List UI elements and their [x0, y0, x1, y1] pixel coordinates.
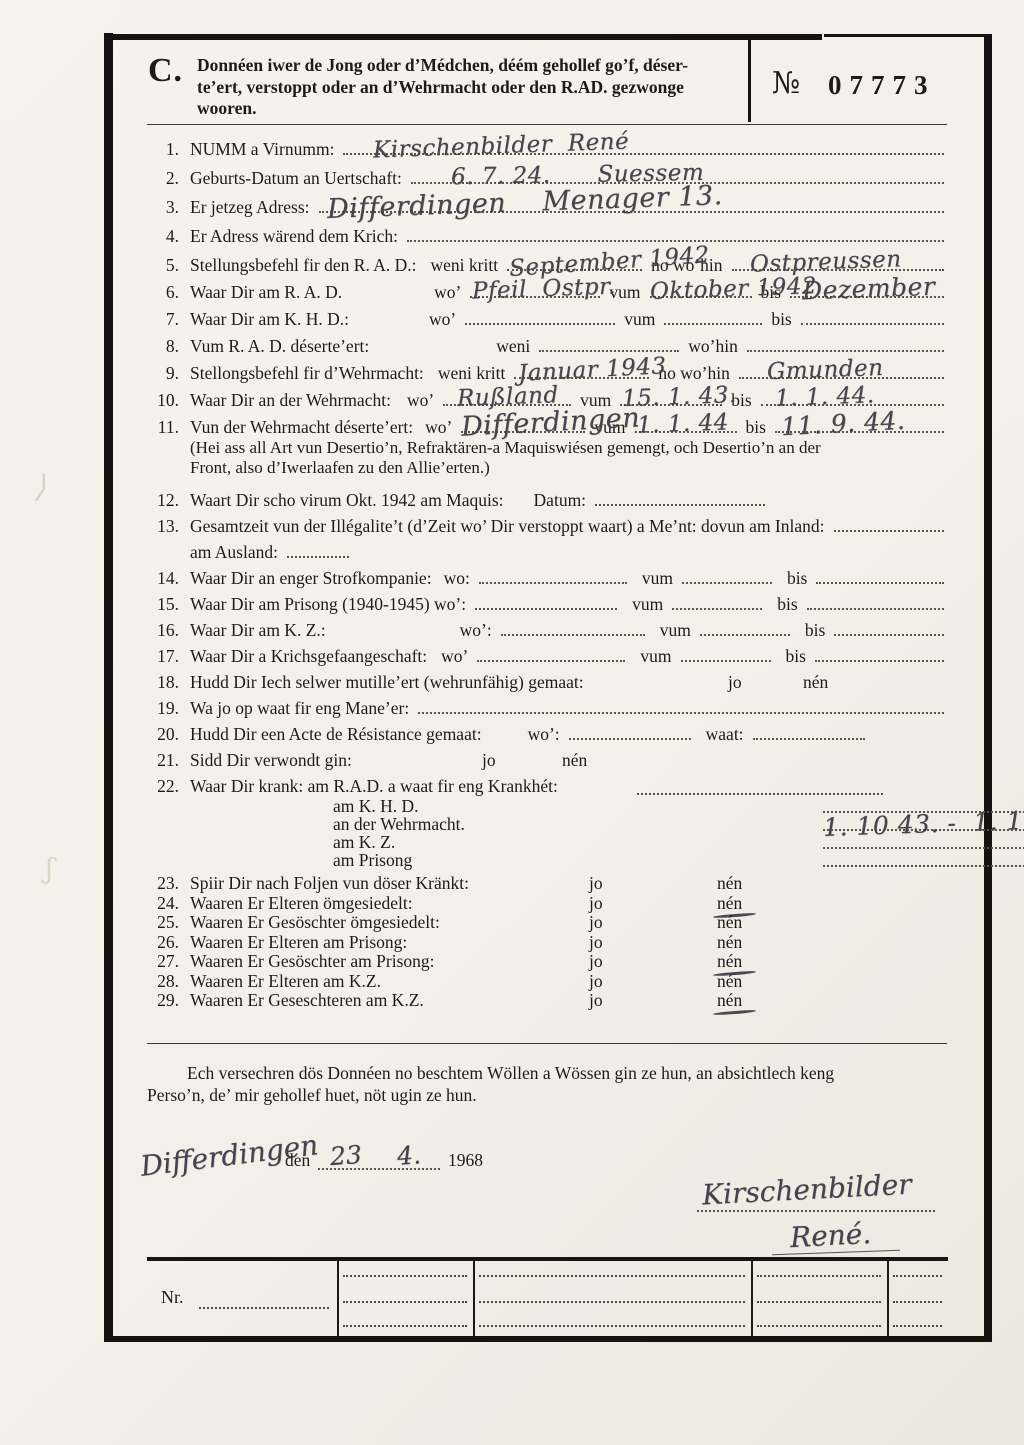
- document-number: 07773: [828, 70, 936, 101]
- item-label: Waaren Er Geseschteren am K.Z.: [190, 991, 424, 1010]
- form-title-line2: te’ert, verstoppt oder an d’Wehrmacht od…: [197, 77, 742, 99]
- spacer: [355, 324, 423, 325]
- dotted-line: September 1942: [507, 264, 642, 271]
- table-divider: [473, 1261, 475, 1336]
- inline-word: nén: [717, 933, 742, 952]
- item-number: 18.: [147, 672, 179, 693]
- table-cell-dotted-line: [757, 1275, 881, 1277]
- dotted-line: [418, 707, 944, 714]
- item-number: 27.: [147, 952, 179, 971]
- item-number: 6.: [147, 282, 179, 303]
- inline-word: nén: [717, 972, 742, 991]
- footer-rule: [147, 1043, 947, 1044]
- item-label: Waart Dir scho virum Okt. 1942 am Maquis…: [190, 490, 504, 511]
- form-item: 28.Waaren Er Elteren am K.Z.jonén: [147, 972, 947, 991]
- dotted-line: Differdingen Menager 13.: [319, 206, 944, 213]
- inline-word: Datum:: [534, 490, 587, 511]
- header-divider: [748, 40, 751, 122]
- form-item: 21.Sidd Dir verwondt gin:jonén: [147, 750, 947, 771]
- signature-firstname-handwritten: René.: [789, 1220, 872, 1252]
- table-cell-dotted-line: [893, 1275, 942, 1277]
- inline-word: nén: [562, 750, 587, 771]
- item-label: Waaren Er Elteren am K.Z.: [190, 972, 381, 991]
- inline-word: bis: [805, 620, 825, 641]
- inline-word: vum: [632, 594, 663, 615]
- form-item: 19.Wa jo op waat fir eng Mane’er:: [147, 698, 947, 719]
- item-label: NUMM a Virnumm:: [190, 139, 334, 160]
- item-label: Spiir Dir nach Foljen vun döser Kränkt:: [190, 874, 469, 893]
- inline-word: bis: [786, 646, 806, 667]
- form-item: 12.Waart Dir scho virum Okt. 1942 am Maq…: [147, 490, 947, 511]
- item-number: 10.: [147, 390, 179, 411]
- pencil-mark-icon: ⟩: [31, 467, 53, 507]
- form-item: 5.Stellungsbefehl fir den R. A. D.:weni …: [147, 255, 947, 276]
- item-number: 11.: [147, 417, 179, 438]
- inline-word: nén: [717, 913, 742, 932]
- dotted-line: [834, 525, 945, 532]
- dotted-line: Kirschenbilder René: [343, 148, 944, 155]
- inline-word: nén: [803, 672, 828, 693]
- declaration-line1: Ech versechren dös Donnéen no beschtem W…: [147, 1062, 947, 1084]
- form-item: 6.Waar Dir am R. A. D.wo’Pfeil Ostpr.vum…: [147, 282, 947, 303]
- handwritten-entry: 11. 9. 44.: [780, 408, 905, 439]
- inline-word: wo’: [407, 390, 434, 411]
- item-label: Vun der Wehrmacht déserte’ert:: [190, 417, 413, 438]
- table-cell-dotted-line: [343, 1275, 467, 1277]
- item-subrow: an der Wehrmacht.1. 10 43. - 1. 1. 44. R…: [333, 815, 947, 833]
- item-label: Waar Dir am Prisong (1940-1945) wo’:: [190, 594, 466, 615]
- date-month-handwritten: 4.: [396, 1142, 422, 1169]
- handwritten-entry: Gmunden: [766, 357, 883, 384]
- dotted-line: 11. 9. 44.: [775, 426, 944, 433]
- item-number: 24.: [147, 894, 179, 913]
- dotted-line: [700, 629, 790, 636]
- inline-word: wo’:: [460, 620, 492, 641]
- form-item: 14.Waar Dir an enger Strofkompanie:wo:vu…: [147, 568, 947, 589]
- inline-word: nén: [717, 874, 742, 893]
- inline-word: waat:: [706, 724, 744, 745]
- item-label: Wa jo op waat fir eng Mane’er:: [190, 698, 409, 719]
- item-label: Sidd Dir verwondt gin:: [190, 750, 352, 771]
- handwritten-entry: 1. 1. 44: [636, 411, 729, 437]
- dotted-line: Dezember: [790, 291, 944, 298]
- form-item: 27.Waaren Er Gesöschter am Prisong:jonén: [147, 952, 947, 971]
- den-label: den: [285, 1150, 310, 1171]
- form-item: 22.Waar Dir krank: am R.A.D. a waat fir …: [147, 776, 947, 869]
- dotted-line: [595, 499, 765, 506]
- inline-word: vum: [624, 309, 655, 330]
- item-subrow: am K. Z.: [333, 833, 947, 851]
- spacer: [332, 635, 454, 636]
- inline-word: bis: [746, 417, 766, 438]
- nr-label: Nr.: [161, 1287, 184, 1308]
- form-item: 1.NUMM a Virnumm:Kirschenbilder René: [147, 139, 947, 160]
- form-title-line1: Donnéen iwer de Jong oder d’Médchen, déé…: [197, 55, 742, 77]
- inline-word: wo’: [434, 282, 461, 303]
- item-label: Waar Dir an der Wehrmacht:: [190, 390, 391, 411]
- inline-word: wo’hin: [688, 336, 738, 357]
- frame-top-border-thin: [824, 34, 991, 37]
- form-item: 16.Waar Dir am K. Z.:wo’:vumbis: [147, 620, 947, 641]
- item-label: Waar Dir am R. A. D.: [190, 282, 342, 303]
- item-label: Waar Dir am K. Z.:: [190, 620, 326, 641]
- form-item: 26.Waaren Er Elteren am Prisong:jonén: [147, 933, 947, 952]
- dotted-line: 1. 10 43. - 1. 1. 44. Ruhr: [823, 824, 1024, 831]
- table-cell-dotted-line: [479, 1301, 745, 1303]
- signature-dotted-line: [697, 1210, 935, 1212]
- item-label: Waar Dir krank: am R.A.D. a waat fir eng…: [190, 776, 558, 797]
- dotted-line: [747, 345, 944, 352]
- inline-word: bis: [777, 594, 797, 615]
- dotted-line: [807, 603, 944, 610]
- inline-word: jo: [589, 874, 603, 893]
- spacer: [348, 297, 428, 298]
- declaration: Ech versechren dös Donnéen no beschtem W…: [147, 1062, 947, 1106]
- table-divider: [887, 1261, 889, 1336]
- section-letter: C.: [148, 52, 183, 90]
- inline-word: wo:: [444, 568, 470, 589]
- dotted-line: [287, 551, 349, 558]
- item-label: am Ausland:: [190, 542, 278, 563]
- handwritten-entry: 1. 1. 44.: [774, 384, 874, 410]
- table-cell-dotted-line: [757, 1301, 881, 1303]
- form-item: 11.Vun der Wehrmacht déserte’ert:wo’Diff…: [147, 417, 947, 477]
- frame-left-border: [104, 33, 113, 1342]
- item-number: 22.: [147, 776, 179, 797]
- dotted-line: [569, 733, 691, 740]
- form-item: 25.Waaren Er Gesöschter ömgesiedelt:joné…: [147, 913, 947, 932]
- form-item: 13.Gesamtzeit vun der Illégalite’t (d’Ze…: [147, 516, 947, 537]
- item-number: 8.: [147, 336, 179, 357]
- table-cell-dotted-line: [343, 1301, 467, 1303]
- form-item: 8.Vum R. A. D. déserte’ert:weniwo’hin: [147, 336, 947, 357]
- table-cell-dotted-line: [757, 1325, 881, 1327]
- inline-word: bis: [787, 568, 807, 589]
- inline-word: jo: [589, 933, 603, 952]
- item-number: 14.: [147, 568, 179, 589]
- dotted-line: [801, 318, 944, 325]
- item-number: 29.: [147, 991, 179, 1010]
- table-top-border: [147, 1257, 948, 1261]
- table-cell-dotted-line: [343, 1325, 467, 1327]
- bottom-reference-table: Nr.: [147, 1257, 948, 1336]
- item-label: Vum R. A. D. déserte’ert:: [190, 336, 369, 357]
- inline-word: wo’:: [528, 724, 560, 745]
- form-title: Donnéen iwer de Jong oder d’Médchen, déé…: [197, 55, 742, 120]
- handwritten-entry: Ostpreussen: [749, 248, 901, 276]
- form-item: 20.Hudd Dir een Acte de Résistance gemaa…: [147, 724, 947, 745]
- dotted-line: [407, 235, 944, 242]
- handwritten-entry: Dezember: [802, 274, 936, 304]
- form-item: 29.Waaren Er Geseschteren am K.Z.jonén: [147, 991, 947, 1010]
- table-cell-dotted-line: [479, 1275, 745, 1277]
- item-sublabel: am K. Z.: [333, 832, 395, 852]
- dotted-line: [664, 318, 762, 325]
- declaration-line2: Perso’n, de’ mir gehollef huet, nöt ugin…: [147, 1084, 947, 1106]
- inline-word: wo’: [441, 646, 468, 667]
- inline-word: weni kritt: [431, 255, 499, 276]
- form-item: 24.Waaren Er Elteren ömgesiedelt:jonén: [147, 894, 947, 913]
- item-label: Hudd Dir een Acte de Résistance gemaat:: [190, 724, 482, 745]
- form-item: am Ausland:: [147, 542, 947, 563]
- inline-word: jo: [589, 991, 603, 1010]
- item-number: 5.: [147, 255, 179, 276]
- table-divider: [751, 1261, 753, 1336]
- inline-word: weni: [496, 336, 530, 357]
- nen-answer-underlined: nén: [717, 894, 742, 913]
- inline-word: weni kritt: [438, 363, 506, 384]
- nen-answer-underlined: nén: [717, 952, 742, 971]
- table-cell-dotted-line: [893, 1325, 942, 1327]
- item-number: 2.: [147, 168, 179, 189]
- inline-word: bis: [771, 309, 791, 330]
- dotted-line: Januar 1943: [514, 372, 649, 379]
- form-items: 1.NUMM a Virnumm:Kirschenbilder René2.Ge…: [147, 139, 947, 1011]
- nen-answer-underlined: nén: [717, 991, 742, 1010]
- header-rule: [147, 124, 947, 125]
- nr-dotted-line: [199, 1307, 329, 1309]
- item-number: 25.: [147, 913, 179, 932]
- frame-top-border: [104, 34, 822, 40]
- item-number: 19.: [147, 698, 179, 719]
- inline-word: jo: [589, 894, 603, 913]
- dotted-line: [682, 577, 772, 584]
- item-number: 21.: [147, 750, 179, 771]
- table-divider: [337, 1261, 339, 1336]
- dotted-line: Rußland: [443, 399, 571, 406]
- item-label: Hudd Dir Iech selwer mutille’ert (wehrun…: [190, 672, 584, 693]
- dotted-line: [815, 655, 944, 662]
- inline-word: no wo’hin: [658, 363, 729, 384]
- form-item: 15.Waar Dir am Prisong (1940-1945) wo’:v…: [147, 594, 947, 615]
- item-sublabel: am Prisong: [333, 850, 412, 870]
- item-label: Waaren Er Gesöschter am Prisong:: [190, 952, 435, 971]
- dotted-line: Oktober 1942: [650, 291, 752, 298]
- form-item: 7.Waar Dir am K. H. D.:wo’vumbis: [147, 309, 947, 330]
- frame-bottom-border: [104, 1336, 992, 1342]
- item-label: Waar Dir am K. H. D.:: [190, 309, 349, 330]
- scanned-form-page: C. Donnéen iwer de Jong oder d’Médchen, …: [0, 0, 1024, 1445]
- item-number: 4.: [147, 226, 179, 247]
- item-sublabel: am K. H. D.: [333, 796, 419, 816]
- item-label: Stellongsbefehl fir d’Wehrmacht:: [190, 363, 424, 384]
- item-label: Waaren Er Elteren ömgesiedelt:: [190, 894, 413, 913]
- item-number: 26.: [147, 933, 179, 952]
- handwritten-entry: Oktober 1942: [649, 275, 817, 304]
- item-label: Er Adress wärend dem Krich:: [190, 226, 398, 247]
- item-label: Stellungsbefehl fir den R. A. D.:: [190, 255, 417, 276]
- dotted-line: 1. 1. 44: [635, 426, 737, 433]
- table-cell-dotted-line: [893, 1301, 942, 1303]
- pencil-mark-icon: ʃ: [44, 852, 56, 886]
- dotted-line: [479, 577, 627, 584]
- dotted-line: Differdingen: [461, 426, 585, 433]
- item-number: 23.: [147, 874, 179, 893]
- numero-sign: №: [772, 66, 800, 101]
- dotted-line: [816, 577, 944, 584]
- dotted-line: [834, 629, 944, 636]
- inline-word: vum: [660, 620, 691, 641]
- dotted-line: [501, 629, 645, 636]
- dotted-line: 1. 1. 44.: [761, 399, 944, 406]
- item-label: Geburts-Datum an Uertschaft:: [190, 168, 402, 189]
- dotted-line: [477, 655, 625, 662]
- handwritten-entry: Januar 1943: [518, 355, 668, 386]
- item-label: Gesamtzeit vun der Illégalite’t (d’Zeit …: [190, 516, 825, 537]
- signature-surname-handwritten: Kirschenbilder: [701, 1171, 912, 1210]
- item-number: 15.: [147, 594, 179, 615]
- item-label: Er jetzeg Adress:: [190, 197, 310, 218]
- inline-word: jo: [482, 750, 496, 771]
- frame-right-border: [984, 34, 992, 1342]
- dotted-line: Gmunden: [739, 372, 944, 379]
- item-label: Waaren Er Elteren am Prisong:: [190, 933, 407, 952]
- handwritten-entry: Pfeil Ostpr.: [472, 275, 617, 303]
- dotted-line: [681, 655, 771, 662]
- dotted-line: [475, 603, 617, 610]
- dotted-line: [823, 842, 1024, 849]
- handwritten-entry: Kirschenbilder René: [373, 131, 630, 163]
- item-label: Waaren Er Gesöschter ömgesiedelt:: [190, 913, 440, 932]
- item-number: 1.: [147, 139, 179, 160]
- dotted-line: Pfeil Ostpr.: [470, 291, 600, 298]
- item-note: (Hei ass all Art vun Desertio’n, Refrakt…: [190, 438, 947, 458]
- item-label: Waar Dir a Krichsgefaangeschaft:: [190, 646, 427, 667]
- inline-word: jo: [589, 913, 603, 932]
- form-item: 18.Hudd Dir Iech selwer mutille’ert (weh…: [147, 672, 947, 693]
- inline-word: wo’: [429, 309, 456, 330]
- year-label: 1968: [448, 1150, 483, 1171]
- form-title-line3: wooren.: [197, 98, 742, 120]
- inline-word: wo’: [425, 417, 452, 438]
- dotted-line: [637, 788, 883, 795]
- item-number: 28.: [147, 972, 179, 991]
- form-item: 23.Spiir Dir nach Foljen vun döser Kränk…: [147, 874, 947, 893]
- form-item: 17.Waar Dir a Krichsgefaangeschaft:wo’vu…: [147, 646, 947, 667]
- item-sublabel: an der Wehrmacht.: [333, 814, 465, 834]
- inline-word: vum: [640, 646, 671, 667]
- item-note: Front, also d’Iwerlaafen zu den Allie’er…: [190, 458, 947, 478]
- inline-word: jo: [728, 672, 742, 693]
- item-number: 3.: [147, 197, 179, 218]
- form-item: 9.Stellongsbefehl fir d’Wehrmacht:weni k…: [147, 363, 947, 384]
- item-number: 16.: [147, 620, 179, 641]
- dotted-line: [672, 603, 762, 610]
- inline-word: jo: [589, 952, 603, 971]
- item-number: 13.: [147, 516, 179, 537]
- item-number: 17.: [147, 646, 179, 667]
- dotted-line: Ostpreussen: [732, 264, 944, 271]
- item-number: 9.: [147, 363, 179, 384]
- item-label: Waar Dir an enger Strofkompanie:: [190, 568, 432, 589]
- table-cell-dotted-line: [479, 1325, 745, 1327]
- item-subrow: am Prisong: [333, 851, 947, 869]
- form-item: 4.Er Adress wärend dem Krich:: [147, 226, 947, 247]
- dotted-line: [753, 733, 865, 740]
- item-number: 20.: [147, 724, 179, 745]
- dotted-line: [539, 345, 679, 352]
- inline-word: vum: [642, 568, 673, 589]
- date-day-handwritten: 23: [329, 1142, 362, 1169]
- dotted-line: [465, 318, 615, 325]
- form-item: 3.Er jetzeg Adress:Differdingen Menager …: [147, 197, 947, 218]
- item-number: 7.: [147, 309, 179, 330]
- dotted-line: [823, 860, 1024, 867]
- spacer: [375, 351, 490, 352]
- inline-word: jo: [589, 972, 603, 991]
- item-number: 12.: [147, 490, 179, 511]
